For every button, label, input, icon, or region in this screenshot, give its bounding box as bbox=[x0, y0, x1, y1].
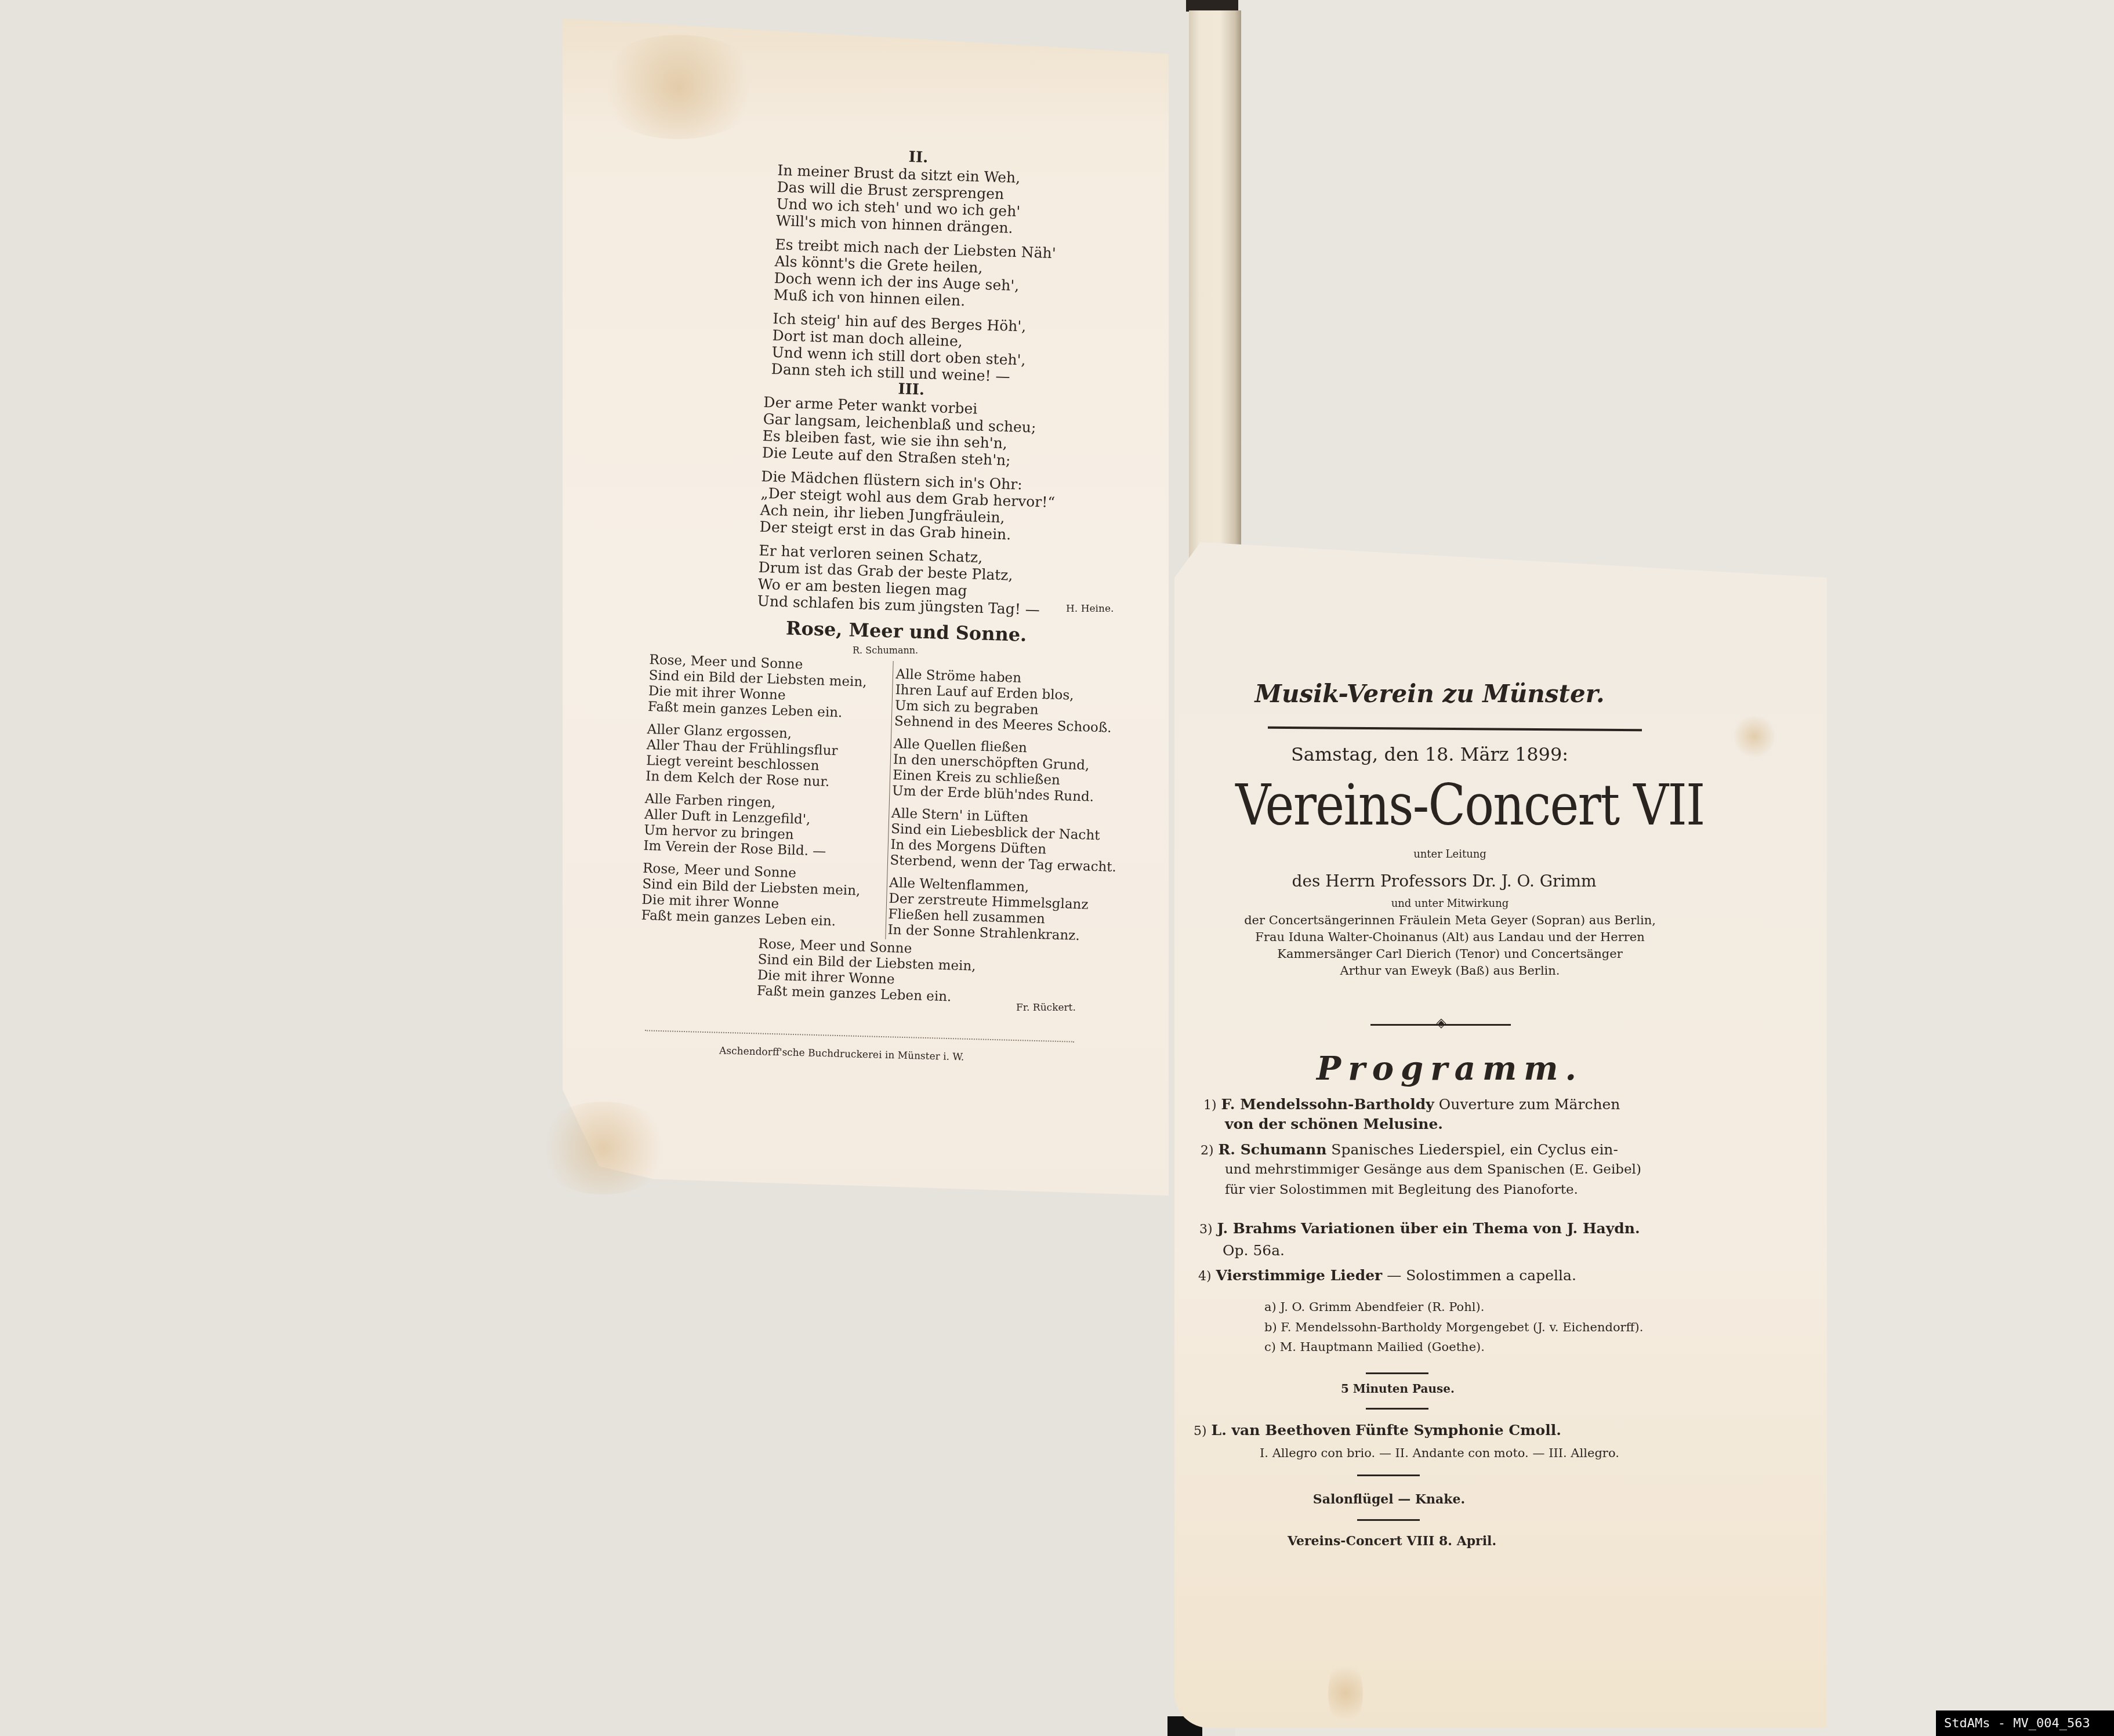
item-composer: R. Schumann bbox=[1219, 1141, 1327, 1158]
rose-poem-left-column: Rose, Meer und Sonne Sind ein Bild der L… bbox=[641, 652, 868, 938]
item-number: 4) bbox=[1198, 1269, 1212, 1284]
rose-poem-final-stanza: Rose, Meer und Sonne Sind ein Bild der L… bbox=[757, 936, 977, 1006]
item-work: Ouverture zum Märchen bbox=[1439, 1096, 1620, 1113]
programm-heading: Programm. bbox=[1305, 1049, 1595, 1088]
item-movements: I. Allegro con brio. — II. Andante con m… bbox=[1260, 1444, 1619, 1463]
stain bbox=[1328, 1658, 1363, 1728]
stanza: Es treibt mich nach der Liebsten Näh' Al… bbox=[773, 236, 1056, 312]
item-number: 2) bbox=[1201, 1143, 1214, 1158]
program-item-5: 5) L. van Beethoven Fünfte Symphonie Cmo… bbox=[1194, 1421, 1561, 1441]
item-work-continued: von der schönen Melusine. bbox=[1225, 1114, 1443, 1134]
item-work: Fünfte Symphonie Cmoll. bbox=[1355, 1422, 1561, 1439]
stain bbox=[1734, 713, 1775, 760]
performer-line: Kammersänger Carl Dierich (Tenor) und Co… bbox=[1201, 946, 1699, 963]
poem-iii-author: H. Heine. bbox=[1066, 603, 1114, 615]
item-work-continued: für vier Solostimmen mit Begleitung des … bbox=[1225, 1181, 1578, 1200]
stanza: Die Mädchen flüstern sich in's Ohr: „Der… bbox=[759, 468, 1056, 544]
poem-ii: II. In meiner Brust da sitzt ein Weh, Da… bbox=[771, 145, 1059, 393]
ornament-icon: ◈ bbox=[1424, 1016, 1459, 1030]
performer-line: Arthur van Eweyk (Baß) aus Berlin. bbox=[1201, 963, 1699, 979]
item-number: 3) bbox=[1199, 1222, 1213, 1237]
book-gutter bbox=[1189, 10, 1241, 590]
item-work: — Solostimmen a capella. bbox=[1387, 1267, 1576, 1284]
concert-title: Vereins-Concert VII bbox=[1235, 772, 1665, 838]
item-composer: Vierstimmige Lieder bbox=[1216, 1267, 1383, 1284]
conductor: des Herrn Professors Dr. J. O. Grimm bbox=[1247, 871, 1641, 891]
stanza: In meiner Brust da sitzt ein Weh, Das wi… bbox=[775, 162, 1058, 238]
divider-rule bbox=[1366, 1408, 1428, 1410]
item-work: Spanisches Liederspiel, ein Cyclus ein- bbox=[1331, 1141, 1618, 1158]
rose-poem-author: Fr. Rückert. bbox=[1016, 1002, 1076, 1014]
item-number: 1) bbox=[1203, 1098, 1217, 1113]
item-composer: J. Brahms bbox=[1217, 1220, 1297, 1237]
item-work-continued: und mehrstimmiger Gesänge aus dem Spanis… bbox=[1225, 1160, 1641, 1179]
stanza: Alle Quellen fließen In den unerschöpfte… bbox=[892, 736, 1121, 806]
rose-poem-right-column: Alle Ströme haben Ihren Lauf auf Erden b… bbox=[887, 667, 1122, 952]
stanza: Der arme Peter wankt vorbei Gar langsam,… bbox=[762, 394, 1058, 470]
program-subitem-c: c) M. Hauptmann Mailied (Goethe). bbox=[1264, 1338, 1485, 1357]
stanza: Alle Ströme haben Ihren Lauf auf Erden b… bbox=[894, 667, 1123, 736]
item-opus: Op. 56a. bbox=[1223, 1241, 1285, 1260]
program-subitem-a: a) J. O. Grimm Abendfeier (R. Pohl). bbox=[1264, 1298, 1484, 1317]
stanza: Er hat verloren seinen Schatz, Drum ist … bbox=[757, 542, 1053, 619]
divider-rule bbox=[1357, 1474, 1420, 1476]
binding-shadow bbox=[1186, 0, 1238, 12]
society-name: Musik-Verein zu Münster. bbox=[1247, 680, 1612, 708]
conducted-by-label: unter Leitung bbox=[1340, 848, 1560, 860]
stanza: Rose, Meer und Sonne Sind ein Bild der L… bbox=[641, 861, 861, 931]
item-composer: F. Mendelssohn-Bartholdy bbox=[1221, 1096, 1434, 1113]
stanza: Ich steig' hin auf des Berges Höh', Dort… bbox=[771, 310, 1054, 386]
program-item-1: 1) F. Mendelssohn-Bartholdy Ouverture zu… bbox=[1203, 1095, 1620, 1115]
stain bbox=[534, 1102, 673, 1194]
piano-credit: Salonflügel — Knake. bbox=[1311, 1492, 1467, 1507]
performer-line: Frau Iduna Walter-Choinanus (Alt) aus La… bbox=[1201, 929, 1699, 946]
stanza: Alle Stern' in Lüften Sind ein Liebesbli… bbox=[890, 806, 1118, 876]
rose-poem-composer: R. Schumann. bbox=[853, 645, 918, 656]
item-composer: L. van Beethoven bbox=[1212, 1422, 1351, 1439]
right-page bbox=[1174, 542, 1827, 1728]
concert-date: Samstag, den 18. März 1899: bbox=[1247, 743, 1612, 765]
subitem-label: b) bbox=[1264, 1320, 1277, 1334]
performers-list: der Concertsängerinnen Fräulein Meta Gey… bbox=[1201, 912, 1699, 979]
subitem-text: J. O. Grimm Abendfeier (R. Pohl). bbox=[1280, 1300, 1484, 1314]
stanza: Aller Glanz ergossen, Aller Thau der Frü… bbox=[646, 722, 865, 791]
program-item-2: 2) R. Schumann Spanisches Liederspiel, e… bbox=[1201, 1140, 1618, 1160]
next-concert: Vereins-Concert VIII 8. April. bbox=[1276, 1534, 1508, 1549]
subitem-label: a) bbox=[1264, 1300, 1277, 1314]
item-number: 5) bbox=[1194, 1424, 1207, 1439]
divider-rule bbox=[1357, 1519, 1420, 1521]
assisted-by-label: und unter Mitwirkung bbox=[1340, 898, 1560, 910]
subitem-text: F. Mendelssohn-Bartholdy Morgengebet (J.… bbox=[1281, 1320, 1643, 1334]
stanza: Alle Weltenflammen, Der zerstreute Himme… bbox=[887, 876, 1116, 945]
stain bbox=[592, 35, 766, 139]
archive-watermark: StdAMs - MV_004_563 bbox=[1936, 1710, 2114, 1736]
program-item-4: 4) Vierstimmige Lieder — Solostimmen a c… bbox=[1198, 1266, 1576, 1286]
stanza: Alle Farben ringen, Aller Duft in Lenzge… bbox=[643, 791, 863, 861]
program-item-3: 3) J. Brahms Variationen über ein Thema … bbox=[1199, 1219, 1640, 1239]
divider-rule bbox=[1366, 1372, 1428, 1374]
item-work: Variationen über ein Thema von J. Haydn. bbox=[1301, 1220, 1640, 1237]
subitem-label: c) bbox=[1264, 1340, 1276, 1354]
intermission: 5 Minuten Pause. bbox=[1328, 1382, 1467, 1396]
stanza: Rose, Meer und Sonne Sind ein Bild der L… bbox=[648, 652, 868, 722]
performer-line: der Concertsängerinnen Fräulein Meta Gey… bbox=[1201, 912, 1699, 929]
subitem-text: M. Hauptmann Mailied (Goethe). bbox=[1280, 1340, 1485, 1354]
program-subitem-b: b) F. Mendelssohn-Bartholdy Morgengebet … bbox=[1264, 1318, 1643, 1337]
poem-iii: III. Der arme Peter wankt vorbei Gar lan… bbox=[757, 377, 1058, 626]
